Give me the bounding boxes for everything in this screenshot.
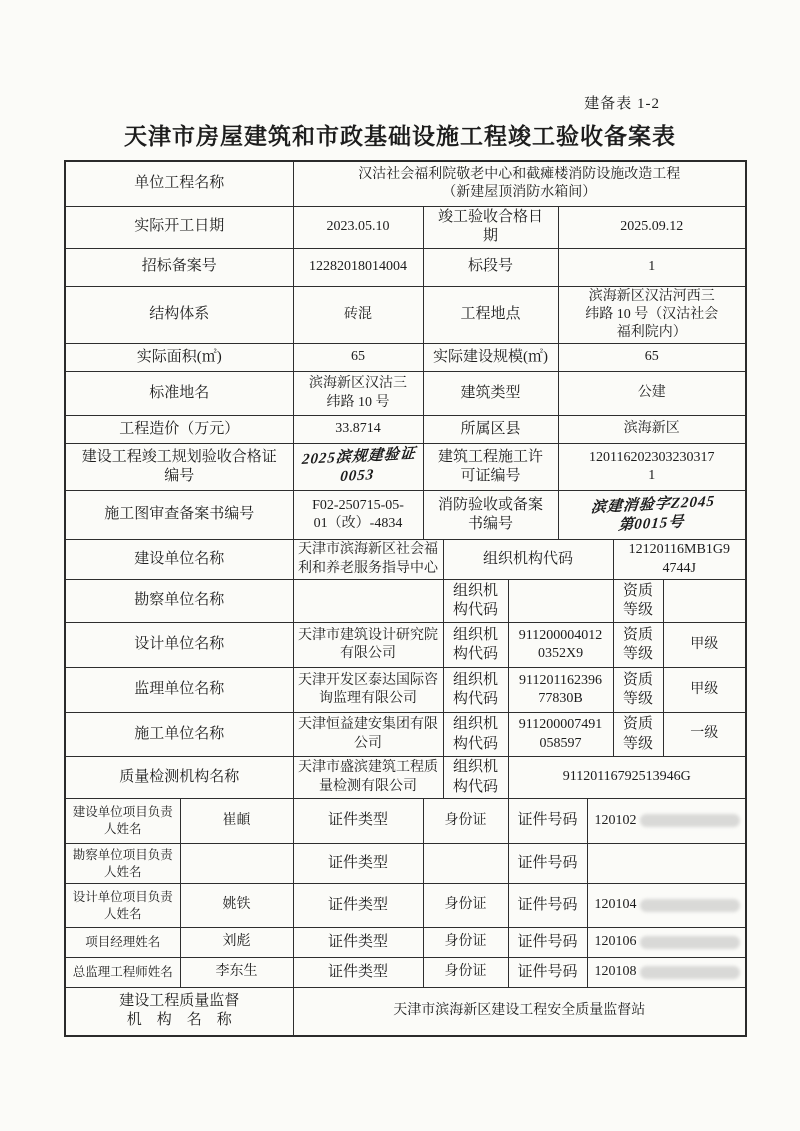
row-planning-cert: 建设工程竣工规划验收合格证 编号 2025滨规建验证 0053 建筑工程施工许 … [65,444,746,491]
quality-org-label: 建设工程质量监督 机 构 名 称 [65,988,293,1036]
bid-section-label: 标段号 [423,248,558,286]
supervision-unit-code-label: 组织机 构代码 [443,668,508,713]
std-address-value: 滨海新区汉沽三 纬路 10 号 [293,372,423,416]
planning-cert-handwritten-value: 2025滨规建验证 0053 [293,444,423,491]
construction-unit-value: 天津市滨海新区社会福 利和养老服务指导中心 [293,540,443,580]
row-supervision-unit: 监理单位名称 天津开发区泰达国际咨 询监理有限公司 组织机 构代码 911201… [65,668,746,713]
construction-permit-label: 建筑工程施工许 可证编号 [423,444,558,491]
survey-unit-code-label: 组织机 构代码 [443,580,508,623]
row-quality-org: 建设工程质量监督 机 构 名 称 天津市滨海新区建设工程安全质量监督站 [65,988,746,1036]
id-prefix: 120102 [595,813,637,828]
row-survey-unit: 勘察单位名称 组织机 构代码 资质 等级 [65,580,746,623]
unit-name-label: 单位工程名称 [65,161,293,206]
inspection-org-value: 天津市盛滨建筑工程质 量检测有限公司 [293,757,443,799]
builder-unit-label: 施工单位名称 [65,713,293,757]
start-date-label: 实际开工日期 [65,206,293,248]
construction-permit-value: 120116202303230317 1 [558,444,746,491]
handwriting: 2025滨规建验证 0053 [299,445,416,489]
survey-unit-value [293,580,443,623]
acceptance-date-value: 2025.09.12 [558,206,746,248]
row-design-unit: 设计单位名称 天津市建筑设计研究院 有限公司 组织机 构代码 911200004… [65,623,746,668]
design-pm-id-number: 120104 [587,884,746,928]
structure-label: 结构体系 [65,286,293,344]
location-value: 滨海新区汉沽河西三 纬路 10 号（汉沽社会 福利院内） [558,286,746,344]
building-type-value: 公建 [558,372,746,416]
page-title: 天津市房屋建筑和市政基础设施工程竣工验收备案表 [0,118,800,151]
construction-unit-label: 建设单位名称 [65,540,293,580]
district-label: 所属区县 [423,416,558,444]
redaction-blur [640,936,740,949]
inspection-org-code: 91120116792513946G [508,757,746,799]
design-pm-cert-type: 身份证 [423,884,508,928]
design-unit-label: 设计单位名称 [65,623,293,668]
survey-unit-grade-label: 资质 等级 [613,580,663,623]
bid-section-value: 1 [558,248,746,286]
drawing-review-label: 施工图审查备案书编号 [65,491,293,540]
chief-supervisor-name: 李东生 [180,958,293,988]
design-unit-grade: 甲级 [663,623,746,668]
project-manager-cert-no-label: 证件号码 [508,928,587,958]
handwriting: 滨建消验字Z2045 第0015号 [588,493,715,537]
design-unit-code: 911200004012 0352X9 [508,623,613,668]
row-construction-unit: 建设单位名称 天津市滨海新区社会福 利和养老服务指导中心 组织机构代码 1212… [65,540,746,580]
design-unit-value: 天津市建筑设计研究院 有限公司 [293,623,443,668]
unit-name-value: 汉沽社会福利院敬老中心和截瘫楼消防设施改造工程 （新建屋顶消防水箱间） [293,161,746,206]
survey-pm-cert-type [423,844,508,884]
supervision-unit-grade-label: 资质 等级 [613,668,663,713]
inspection-org-label: 质量检测机构名称 [65,757,293,799]
scale-label: 实际建设规模(㎡) [423,344,558,372]
builder-unit-code: 911200007491 058597 [508,713,613,757]
owner-pm-name: 崔頔 [180,799,293,844]
design-unit-code-label: 组织机 构代码 [443,623,508,668]
survey-unit-grade [663,580,746,623]
row-survey-pm: 勘察单位项目负责 人姓名 证件类型 证件号码 [65,844,746,884]
form-code: 建备表 1-2 [0,92,660,113]
fire-acceptance-label: 消防验收或备案 书编号 [423,491,558,540]
cost-label: 工程造价（万元） [65,416,293,444]
acceptance-date-label: 竣工验收合格日 期 [423,206,558,248]
project-manager-cert-type: 身份证 [423,928,508,958]
survey-unit-code [508,580,613,623]
drawing-review-value: F02-250715-05- 01（改）-4834 [293,491,423,540]
project-manager-label: 项目经理姓名 [65,928,180,958]
owner-pm-cert-type-label: 证件类型 [293,799,423,844]
supervision-unit-grade: 甲级 [663,668,746,713]
building-type-label: 建筑类型 [423,372,558,416]
design-pm-name: 姚铁 [180,884,293,928]
chief-supervisor-cert-type: 身份证 [423,958,508,988]
row-inspection-org: 质量检测机构名称 天津市盛滨建筑工程质 量检测有限公司 组织机 构代码 9112… [65,757,746,799]
project-manager-name: 刘彪 [180,928,293,958]
owner-pm-id-number: 120102 [587,799,746,844]
cost-value: 33.8714 [293,416,423,444]
survey-pm-cert-type-label: 证件类型 [293,844,423,884]
area-label: 实际面积(㎡) [65,344,293,372]
row-drawing-review: 施工图审查备案书编号 F02-250715-05- 01（改）-4834 消防验… [65,491,746,540]
row-area: 实际面积(㎡) 65 实际建设规模(㎡) 65 [65,344,746,372]
redaction-blur [640,966,740,979]
builder-unit-grade: 一级 [663,713,746,757]
row-unit-name: 单位工程名称 汉沽社会福利院敬老中心和截瘫楼消防设施改造工程 （新建屋顶消防水箱… [65,161,746,206]
quality-org-value: 天津市滨海新区建设工程安全质量监督站 [293,988,746,1036]
scale-value: 65 [558,344,746,372]
survey-pm-cert-no-label: 证件号码 [508,844,587,884]
redaction-blur [640,899,740,912]
std-address-label: 标准地名 [65,372,293,416]
supervision-unit-label: 监理单位名称 [65,668,293,713]
row-cost: 工程造价（万元） 33.8714 所属区县 滨海新区 [65,416,746,444]
row-chief-supervisor: 总监理工程师姓名 李东生 证件类型 身份证 证件号码 120108 [65,958,746,988]
id-prefix: 120104 [595,897,637,912]
supervision-unit-code: 911201162396 77830B [508,668,613,713]
builder-unit-value: 天津恒益建安集团有限 公司 [293,713,443,757]
row-design-pm: 设计单位项目负责 人姓名 姚铁 证件类型 身份证 证件号码 120104 [65,884,746,928]
planning-cert-label: 建设工程竣工规划验收合格证 编号 [65,444,293,491]
design-pm-label: 设计单位项目负责 人姓名 [65,884,180,928]
area-value: 65 [293,344,423,372]
supervision-unit-value: 天津开发区泰达国际咨 询监理有限公司 [293,668,443,713]
chief-supervisor-cert-no-label: 证件号码 [508,958,587,988]
district-value: 滨海新区 [558,416,746,444]
chief-supervisor-label: 总监理工程师姓名 [65,958,180,988]
bid-record-value: 12282018014004 [293,248,423,286]
project-manager-id-number: 120106 [587,928,746,958]
construction-unit-code-label: 组织机构代码 [443,540,613,580]
project-manager-cert-type-label: 证件类型 [293,928,423,958]
survey-pm-name [180,844,293,884]
row-owner-pm: 建设单位项目负责 人姓名 崔頔 证件类型 身份证 证件号码 120102 [65,799,746,844]
id-prefix: 120108 [595,964,637,979]
inspection-org-code-label: 组织机 构代码 [443,757,508,799]
chief-supervisor-cert-type-label: 证件类型 [293,958,423,988]
row-builder-unit: 施工单位名称 天津恒益建安集团有限 公司 组织机 构代码 91120000749… [65,713,746,757]
filing-form-table: 单位工程名称 汉沽社会福利院敬老中心和截瘫楼消防设施改造工程 （新建屋顶消防水箱… [64,160,747,1037]
location-label: 工程地点 [423,286,558,344]
survey-pm-id-number [587,844,746,884]
design-unit-grade-label: 资质 等级 [613,623,663,668]
row-structure: 结构体系 砖混 工程地点 滨海新区汉沽河西三 纬路 10 号（汉沽社会 福利院内… [65,286,746,344]
id-prefix: 120106 [595,934,637,949]
design-pm-cert-no-label: 证件号码 [508,884,587,928]
bid-record-label: 招标备案号 [65,248,293,286]
builder-unit-grade-label: 资质 等级 [613,713,663,757]
row-bid-record: 招标备案号 12282018014004 标段号 1 [65,248,746,286]
fire-acceptance-handwritten-value: 滨建消验字Z2045 第0015号 [558,491,746,540]
row-start-date: 实际开工日期 2023.05.10 竣工验收合格日 期 2025.09.12 [65,206,746,248]
row-project-manager: 项目经理姓名 刘彪 证件类型 身份证 证件号码 120106 [65,928,746,958]
row-std-address: 标准地名 滨海新区汉沽三 纬路 10 号 建筑类型 公建 [65,372,746,416]
owner-pm-cert-type: 身份证 [423,799,508,844]
construction-unit-code: 12120116MB1G9 4744J [613,540,746,580]
start-date-value: 2023.05.10 [293,206,423,248]
redaction-blur [640,814,740,827]
survey-unit-label: 勘察单位名称 [65,580,293,623]
design-pm-cert-type-label: 证件类型 [293,884,423,928]
builder-unit-code-label: 组织机 构代码 [443,713,508,757]
chief-supervisor-id-number: 120108 [587,958,746,988]
survey-pm-label: 勘察单位项目负责 人姓名 [65,844,180,884]
structure-value: 砖混 [293,286,423,344]
owner-pm-label: 建设单位项目负责 人姓名 [65,799,180,844]
owner-pm-cert-no-label: 证件号码 [508,799,587,844]
